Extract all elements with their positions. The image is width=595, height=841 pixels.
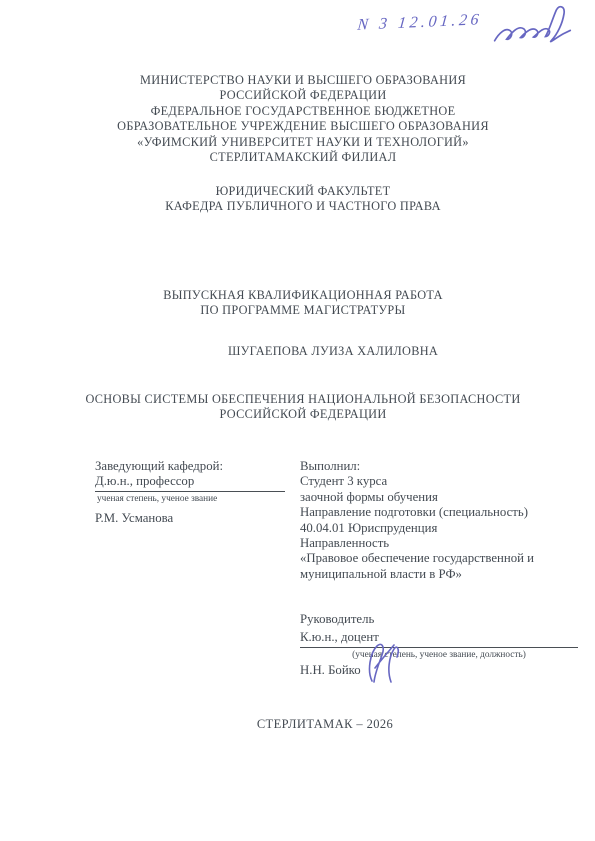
header-line-5: «УФИМСКИЙ УНИВЕРСИТЕТ НАУКИ И ТЕХНОЛОГИЙ… bbox=[42, 135, 564, 150]
thesis-title: ОСНОВЫ СИСТЕМЫ ОБЕСПЕЧЕНИЯ НАЦИОНАЛЬНОЙ … bbox=[42, 392, 564, 423]
supervisor-name: Н.Н. Бойко bbox=[300, 663, 578, 678]
work-type-block: ВЫПУСКНАЯ КВАЛИФИКАЦИОННАЯ РАБОТА ПО ПРО… bbox=[42, 288, 564, 319]
performer-line-3: Направление подготовки (специальность) bbox=[300, 505, 580, 520]
department-head-block: Заведующий кафедрой: Д.ю.н., профессор у… bbox=[95, 459, 285, 527]
department-head-degree-caption: ученая степень, ученое звание bbox=[95, 492, 285, 505]
performer-line-6: «Правовое обеспечение государственной и bbox=[300, 551, 580, 566]
supervisor-signature bbox=[364, 641, 402, 685]
performer-line-1: Студент 3 курса bbox=[300, 474, 580, 489]
ministry-header: МИНИСТЕРСТВО НАУКИ И ВЫСШЕГО ОБРАЗОВАНИЯ… bbox=[42, 73, 564, 165]
supervisor-degree-caption: (ученая степень, ученое звание, должност… bbox=[300, 648, 578, 661]
performer-label: Выполнил: bbox=[300, 459, 580, 474]
performer-line-4: 40.04.01 Юриспруденция bbox=[300, 521, 580, 536]
handwritten-registration-note: N 3 12.01.26 bbox=[357, 1, 573, 52]
faculty-name: ЮРИДИЧЕСКИЙ ФАКУЛЬТЕТ bbox=[42, 184, 564, 199]
handwritten-date: N 3 12.01.26 bbox=[357, 5, 484, 35]
thesis-title-line-1: ОСНОВЫ СИСТЕМЫ ОБЕСПЕЧЕНИЯ НАЦИОНАЛЬНОЙ … bbox=[42, 392, 564, 407]
city-year: СТЕРЛИТАМАК – 2026 bbox=[257, 717, 393, 732]
supervisor-block: Руководитель К.ю.н., доцент (ученая степ… bbox=[300, 612, 578, 679]
supervisor-label: Руководитель bbox=[300, 612, 578, 627]
performer-line-7: муниципальной власти в РФ» bbox=[300, 567, 580, 582]
header-line-4: ОБРАЗОВАТЕЛЬНОЕ УЧРЕЖДЕНИЕ ВЫСШЕГО ОБРАЗ… bbox=[42, 119, 564, 134]
department-name: КАФЕДРА ПУБЛИЧНОГО И ЧАСТНОГО ПРАВА bbox=[42, 199, 564, 214]
work-type-line-1: ВЫПУСКНАЯ КВАЛИФИКАЦИОННАЯ РАБОТА bbox=[42, 288, 564, 303]
department-head-degree: Д.ю.н., профессор bbox=[95, 474, 285, 491]
thesis-title-line-2: РОССИЙСКОЙ ФЕДЕРАЦИИ bbox=[42, 407, 564, 422]
header-line-1: МИНИСТЕРСТВО НАУКИ И ВЫСШЕГО ОБРАЗОВАНИЯ bbox=[42, 73, 564, 88]
header-line-3: ФЕДЕРАЛЬНОЕ ГОСУДАРСТВЕННОЕ БЮДЖЕТНОЕ bbox=[42, 104, 564, 119]
performer-line-5: Направленность bbox=[300, 536, 580, 551]
header-line-2: РОССИЙСКОЙ ФЕДЕРАЦИИ bbox=[42, 88, 564, 103]
department-head-name: Р.М. Усманова bbox=[95, 511, 285, 526]
author-name: ШУГАЕПОВА ЛУИЗА ХАЛИЛОВНА bbox=[42, 344, 594, 359]
department-head-label: Заведующий кафедрой: bbox=[95, 459, 285, 474]
faculty-block: ЮРИДИЧЕСКИЙ ФАКУЛЬТЕТ КАФЕДРА ПУБЛИЧНОГО… bbox=[42, 184, 564, 215]
supervisor-degree: К.ю.н., доцент bbox=[300, 630, 578, 647]
performer-block: Выполнил: Студент 3 курса заочной формы … bbox=[300, 459, 580, 582]
header-line-6: СТЕРЛИТАМАКСКИЙ ФИЛИАЛ bbox=[42, 150, 564, 165]
work-type-line-2: ПО ПРОГРАММЕ МАГИСТРАТУРЫ bbox=[42, 303, 564, 318]
performer-line-2: заочной формы обучения bbox=[300, 490, 580, 505]
document-page: N 3 12.01.26 МИНИСТЕРСТВО НАУКИ И ВЫСШЕГ… bbox=[0, 0, 595, 841]
registrar-signature bbox=[490, 1, 574, 47]
